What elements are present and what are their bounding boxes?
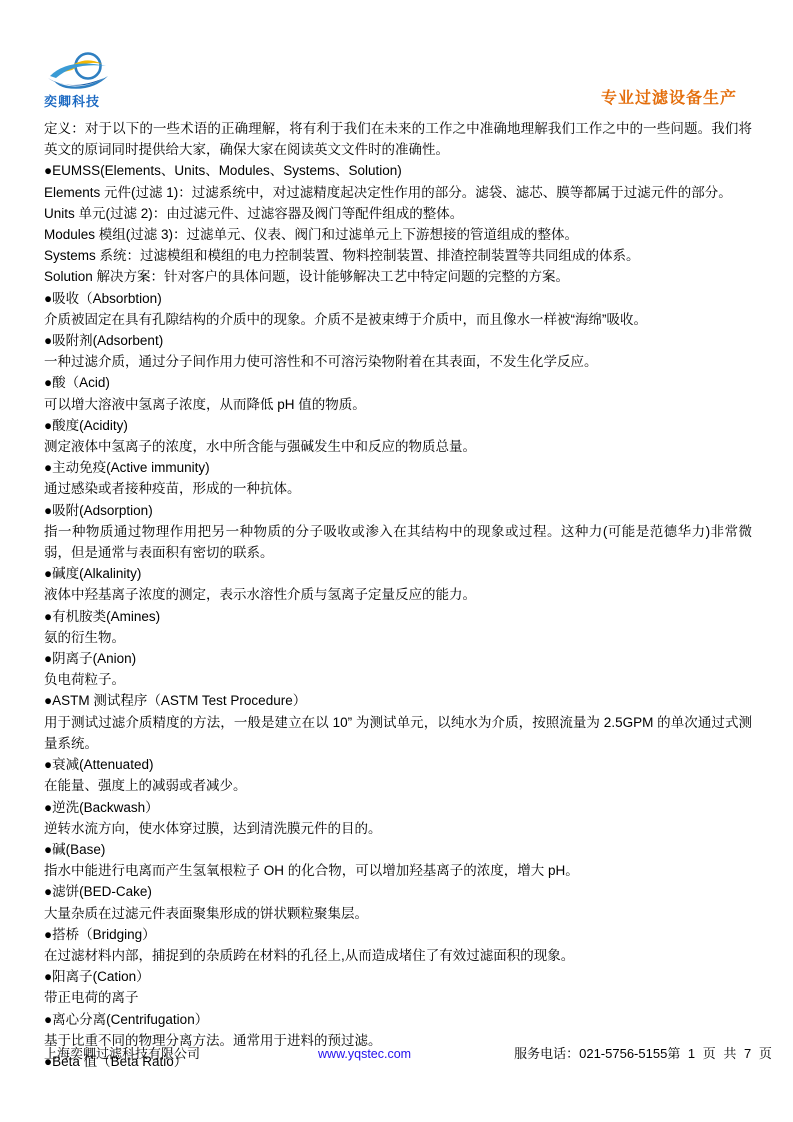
footer-company-name: 上海奕卿过滤科技有限公司	[44, 1043, 200, 1062]
paragraph: 指一种物质通过物理作用把另一种物质的分子吸收或渗入在其结构中的现象或过程。这种力…	[44, 521, 752, 563]
paragraph: Modules 模组(过滤 3)：过滤单元、仪表、阀门和过滤单元上下游想接的管道…	[44, 224, 752, 245]
paragraph: Units 单元(过滤 2)：由过滤元件、过滤容器及阀门等配件组成的整体。	[44, 203, 752, 224]
paragraph: ●ASTM 测试程序（ASTM Test Procedure）	[44, 690, 752, 711]
paragraph: ●碱(Base)	[44, 839, 752, 860]
paragraph: Systems 系统：过滤模组和模组的电力控制装置、物料控制装置、排渣控制装置等…	[44, 245, 752, 266]
company-logo: 奕卿科技	[44, 50, 134, 110]
document-page: 奕卿科技 专业过滤设备生产 定义：对于以下的一些术语的正确理解，将有利于我们在未…	[0, 0, 793, 1122]
paragraph: Elements 元件(过滤 1)：过滤系统中，对过滤精度起决定性作用的部分。滤…	[44, 182, 752, 203]
paragraph: 氨的衍生物。	[44, 627, 752, 648]
document-body: 定义：对于以下的一些术语的正确理解，将有利于我们在未来的工作之中准确地理解我们工…	[44, 118, 752, 1072]
paragraph: 负电荷粒子。	[44, 669, 752, 690]
logo-caption: 奕卿科技	[44, 91, 134, 110]
paragraph: ●有机胺类(Amines)	[44, 606, 752, 627]
paragraph: ●阳离子(Cation）	[44, 966, 752, 987]
paragraph: ●搭桥（Bridging）	[44, 924, 752, 945]
paragraph: 可以增大溶液中氢离子浓度，从而降低 pH 值的物质。	[44, 394, 752, 415]
paragraph: Solution 解决方案：针对客户的具体问题，设计能够解决工艺中特定问题的完整…	[44, 266, 752, 287]
paragraph: ●吸收（Absorbtion)	[44, 288, 752, 309]
paragraph: 液体中羟基离子浓度的测定，表示水溶性介质与氢离子定量反应的能力。	[44, 584, 752, 605]
paragraph: 用于测试过滤介质精度的方法，一般是建立在以 10” 为测试单元，以纯水为介质，按…	[44, 712, 752, 754]
footer-page-number: 第 1 页 共 7 页	[667, 1043, 774, 1062]
paragraph: 在过滤材料内部，捕捉到的杂质跨在材料的孔径上,从而造成堵住了有效过滤面积的现象。	[44, 945, 752, 966]
paragraph: 大量杂质在过滤元件表面聚集形成的饼状颗粒聚集层。	[44, 903, 752, 924]
paragraph: 逆转水流方向，使水体穿过膜，达到清洗膜元件的目的。	[44, 818, 752, 839]
paragraph: ●EUMSS(Elements、Units、Modules、Systems、So…	[44, 160, 752, 181]
footer-service-phone: 服务电话：021-5756-5155	[514, 1043, 667, 1062]
paragraph: 通过感染或者接种疫苗，形成的一种抗体。	[44, 478, 752, 499]
paragraph: 带正电荷的离子	[44, 987, 752, 1008]
paragraph: ●衰减(Attenuated)	[44, 754, 752, 775]
paragraph: ●吸附(Adsorption)	[44, 500, 752, 521]
paragraph: 指水中能进行电离而产生氢氧根粒子 OH 的化合物，可以增加羟基离子的浓度，增大 …	[44, 860, 752, 881]
paragraph: 一种过滤介质，通过分子间作用力使可溶性和不可溶污染物附着在其表面，不发生化学反应…	[44, 351, 752, 372]
paragraph: ●逆洗(Backwash）	[44, 797, 752, 818]
paragraph: 定义：对于以下的一些术语的正确理解，将有利于我们在未来的工作之中准确地理解我们工…	[44, 118, 752, 160]
paragraph: ●阴离子(Anion)	[44, 648, 752, 669]
paragraph: ●滤饼(BED-Cake)	[44, 881, 752, 902]
paragraph: ●酸度(Acidity)	[44, 415, 752, 436]
paragraph: ●酸（Acid)	[44, 372, 752, 393]
page-header: 奕卿科技 专业过滤设备生产	[44, 50, 749, 114]
paragraph: ●主动免疫(Active immunity)	[44, 457, 752, 478]
paragraph: 测定液体中氢离子的浓度，水中所含能与强碱发生中和反应的物质总量。	[44, 436, 752, 457]
paragraph: ●离心分离(Centrifugation）	[44, 1009, 752, 1030]
paragraph: ●碱度(Alkalinity)	[44, 563, 752, 584]
paragraph: 在能量、强度上的减弱或者减少。	[44, 775, 752, 796]
footer-website-link[interactable]: www.yqstec.com	[318, 1047, 411, 1061]
paragraph: ●吸附剂(Adsorbent)	[44, 330, 752, 351]
company-slogan: 专业过滤设备生产	[601, 85, 737, 108]
page-footer: 上海奕卿过滤科技有限公司 www.yqstec.com 服务电话：021-575…	[44, 1043, 751, 1062]
globe-logo-icon	[44, 50, 122, 90]
paragraph: 介质被固定在具有孔隙结构的介质中的现象。介质不是被束缚于介质中，而且像水一样被“…	[44, 309, 752, 330]
